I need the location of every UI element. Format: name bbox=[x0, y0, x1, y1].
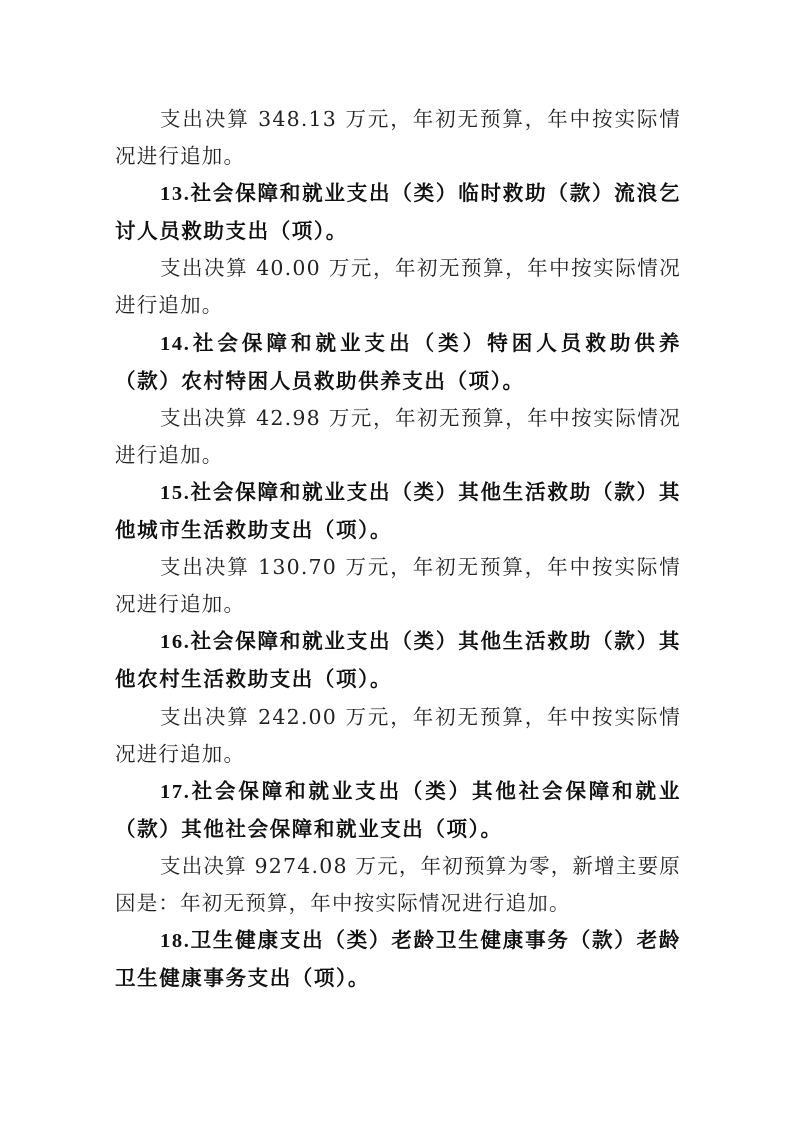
expenditure-paragraph-16: 支出决算 242.00 万元，年初无预算，年中按实际情况进行追加。 bbox=[115, 699, 681, 773]
item-title: 社会保障和就业支出（类）其他生活救助（款）其他城市生活救助支出（项）。 bbox=[115, 480, 681, 542]
item-heading-17: 17.社会保障和就业支出（类）其他社会保障和就业（款）其他社会保障和就业支出（项… bbox=[115, 773, 681, 848]
expenditure-paragraph-12-result: 支出决算 348.13 万元，年初无预算，年中按实际情况进行追加。 bbox=[115, 101, 681, 175]
expenditure-paragraph-13: 支出决算 40.00 万元，年初无预算，年中按实际情况进行追加。 bbox=[115, 250, 681, 324]
expenditure-paragraph-17: 支出决算 9274.08 万元，年初预算为零，新增主要原因是：年初无预算，年中按… bbox=[115, 848, 681, 922]
item-number: 15. bbox=[160, 482, 190, 504]
item-number: 18. bbox=[160, 930, 190, 952]
expenditure-paragraph-15: 支出决算 130.70 万元，年初无预算，年中按实际情况进行追加。 bbox=[115, 549, 681, 623]
item-heading-15: 15.社会保障和就业支出（类）其他生活救助（款）其他城市生活救助支出（项）。 bbox=[115, 474, 681, 549]
item-number: 14. bbox=[160, 333, 190, 355]
item-heading-16: 16.社会保障和就业支出（类）其他生活救助（款）其他农村生活救助支出（项）。 bbox=[115, 623, 681, 698]
document-page: 支出决算 348.13 万元，年初无预算，年中按实际情况进行追加。 13.社会保… bbox=[115, 101, 681, 997]
item-title: 社会保障和就业支出（类）临时救助（款）流浪乞讨人员救助支出（项）。 bbox=[115, 181, 681, 243]
item-number: 13. bbox=[160, 183, 190, 205]
item-number: 16. bbox=[160, 631, 190, 653]
item-heading-14: 14.社会保障和就业支出（类）特困人员救助供养（款）农村特困人员救助供养支出（项… bbox=[115, 325, 681, 400]
item-heading-13: 13.社会保障和就业支出（类）临时救助（款）流浪乞讨人员救助支出（项）。 bbox=[115, 175, 681, 250]
item-title: 社会保障和就业支出（类）特困人员救助供养（款）农村特困人员救助供养支出（项）。 bbox=[115, 331, 681, 393]
item-number: 17. bbox=[160, 781, 190, 803]
item-title: 社会保障和就业支出（类）其他社会保障和就业（款）其他社会保障和就业支出（项）。 bbox=[115, 779, 681, 841]
item-heading-18: 18.卫生健康支出（类）老龄卫生健康事务（款）老龄卫生健康事务支出（项）。 bbox=[115, 922, 681, 997]
item-title: 社会保障和就业支出（类）其他生活救助（款）其他农村生活救助支出（项）。 bbox=[115, 629, 681, 691]
item-title: 卫生健康支出（类）老龄卫生健康事务（款）老龄卫生健康事务支出（项）。 bbox=[115, 928, 681, 990]
expenditure-paragraph-14: 支出决算 42.98 万元，年初无预算，年中按实际情况进行追加。 bbox=[115, 400, 681, 474]
